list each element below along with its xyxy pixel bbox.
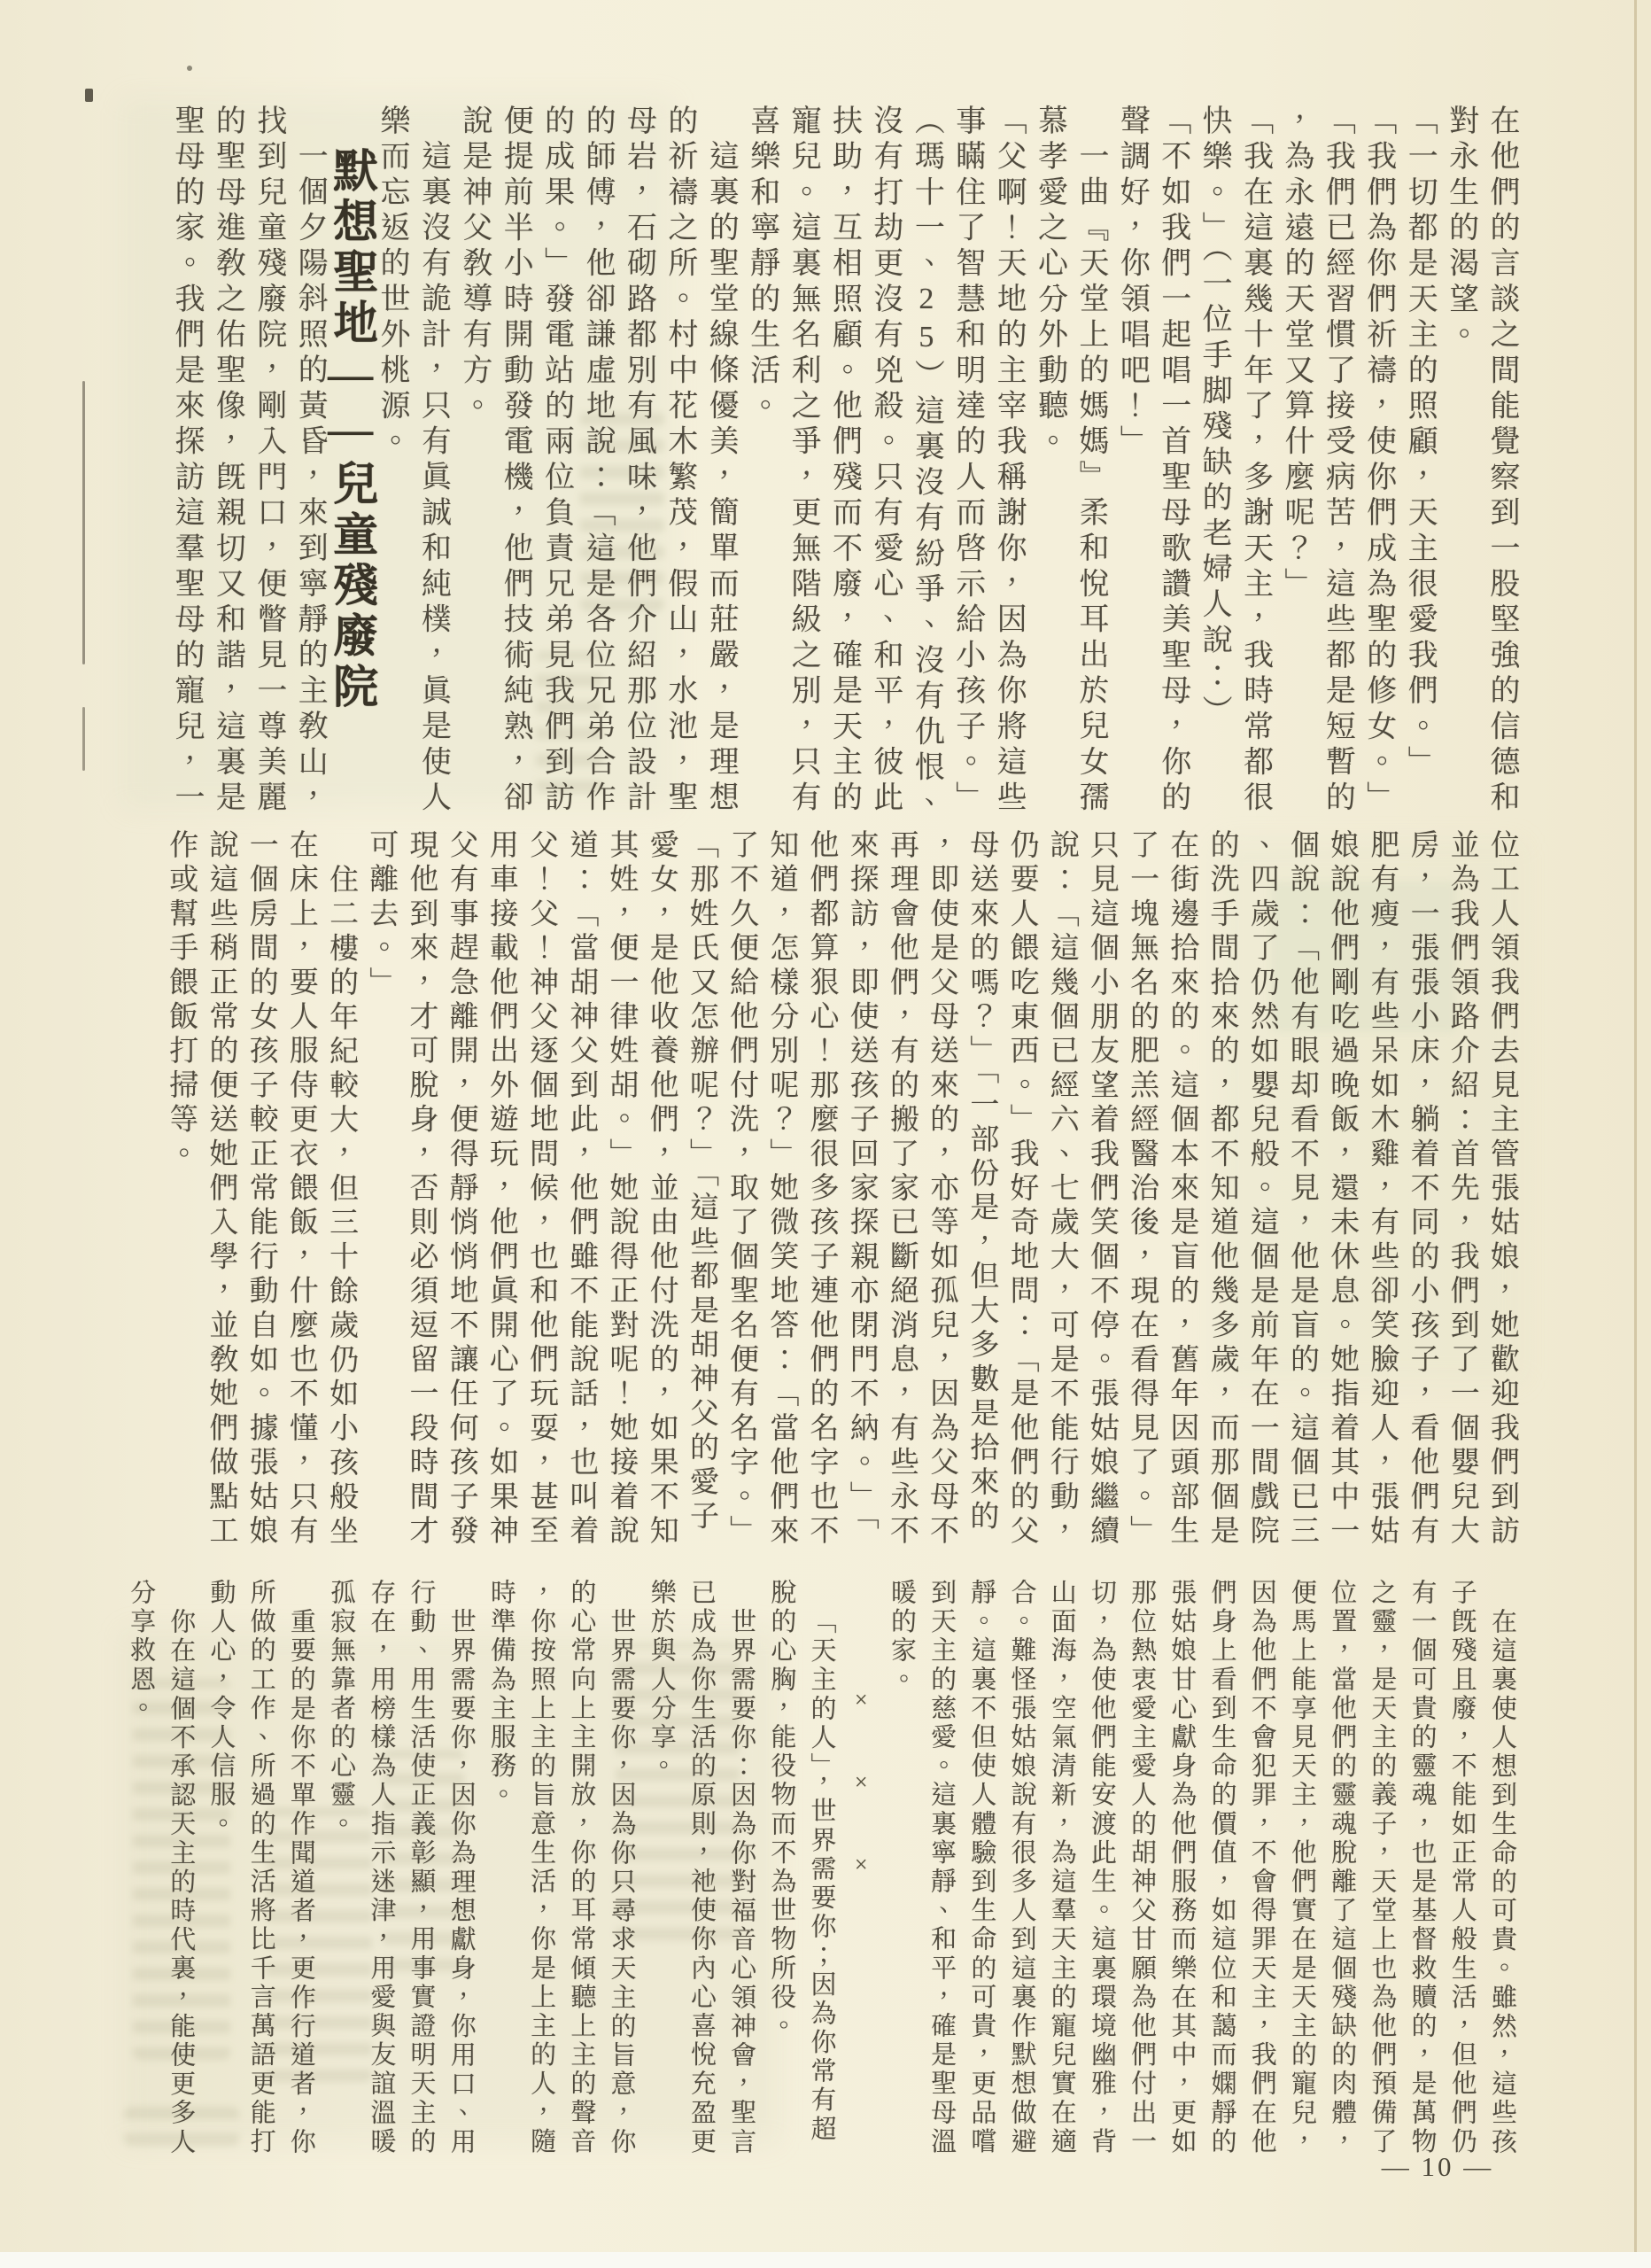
paragraph-quote: 「我們已經習慣了接受病苦，這些都是短暫的，為永遠的天堂又算什麼呢？」 [1275, 105, 1358, 824]
paragraph: 在他們的言談之間能覺察到一股堅強的信德和對永生的渴望。 [1439, 105, 1522, 824]
paragraph: 這裏的聖堂線條優美，簡單而莊嚴，是理想的祈禱之所。村中花木繁茂，假山，水池，聖母… [453, 105, 740, 824]
page-number: — 10 — [1353, 2151, 1522, 2183]
paragraph-quote: 「我們為你們祈禱，使你們成為聖的修女。」 [1357, 105, 1398, 824]
scan-speck [85, 89, 93, 102]
paragraph: 住二樓的年紀較大，但三十餘歲仍如小孩般坐在床上，要人服侍更衣餵飯，什麼也不懂，只… [160, 829, 360, 1556]
scan-speck [82, 707, 85, 771]
paragraph: 這裏沒有詭計，只有眞誠和純樸，眞是使人樂而忘返的世外桃源。 [371, 105, 453, 824]
section-separator: ××× [841, 1579, 881, 2159]
paragraph-quote: 「父啊！天地的主宰我稱謝你，因為你將這些事瞞住了智慧和明達的人而啓示給小孩子。」… [740, 105, 1028, 824]
scan-speck [82, 381, 85, 664]
paragraph: 世界需要你，因為你只尋求天主的旨意，你的心常向上主開放，你的耳常傾聽上主的聲音，… [481, 1579, 641, 2159]
section-heading: 默想聖地——兒童殘廢院 [329, 105, 370, 824]
scanned-magazine-page: 在他們的言談之間能覺察到一股堅強的信德和對永生的渴望。 「一切都是天主的照顧，天… [0, 0, 1651, 2268]
paragraph: 世界需要你：因為你對福音心領神會，聖言已成為你生活的原則，祂使你內心喜悅充盈更樂… [641, 1579, 762, 2159]
paragraph-quote: 「天主的人」，世界需要你；因為你常有超脫的心胸，能役物而不為世物所役。 [761, 1579, 841, 2159]
paragraph: 重要的是你不單作聞道者，更作行道者，你所做的工作、所過的生活將比千言萬語更能打動… [200, 1579, 321, 2159]
paragraph: 一曲『天堂上的媽媽』柔和悅耳出於兒女孺慕孝愛之心分外動聽。 [1028, 105, 1111, 824]
paragraph: 你在這個不承認天主的時代裏，能使更多人分享救恩。 [120, 1579, 200, 2159]
scan-speck [187, 66, 192, 71]
text-band-middle: 位工人領我們去見主管張姑娘，她歡迎我們到訪並為我們領路介紹：首先，我們到了一個嬰… [115, 829, 1522, 1556]
page-edge-bottom [0, 2252, 1651, 2268]
paragraph: 在這裏使人想到生命的可貴。雖然，這些孩子旣殘且廢，不能如正常人般生活，但他們仍有… [881, 1579, 1522, 2159]
paragraph: 一個夕陽斜照的黃昏，來到寧靜的主敎山，找到兒童殘廢院，剛入門口，便瞥見一尊美麗的… [166, 105, 330, 824]
paragraph-quote: 「我在這裏幾十年了，多謝天主，我時常都很快樂。」（一位手脚殘缺的老婦人說：） [1193, 105, 1275, 824]
page-edge-right [1634, 0, 1637, 2268]
paragraph-quote: 「一切都是天主的照顧，天主很愛我們。」 [1399, 105, 1439, 824]
text-band-top: 在他們的言談之間能覺察到一股堅強的信德和對永生的渴望。 「一切都是天主的照顧，天… [115, 105, 1522, 824]
text-band-bottom: 在這裏使人想到生命的可貴。雖然，這些孩子旣殘且廢，不能如正常人般生活，但他們仍有… [115, 1579, 1522, 2159]
paragraph: 世界需要你，因你為理想獻身，你用口、用行動、用生活使正義彰顯，用事實證明天主的存… [321, 1579, 481, 2159]
paragraph-quote: 「不如我們一起唱一首聖母歌讚美聖母，你的聲調好，你領唱吧！」 [1111, 105, 1193, 824]
paragraph: 位工人領我們去見主管張姑娘，她歡迎我們到訪並為我們領路介紹：首先，我們到了一個嬰… [360, 829, 1522, 1556]
